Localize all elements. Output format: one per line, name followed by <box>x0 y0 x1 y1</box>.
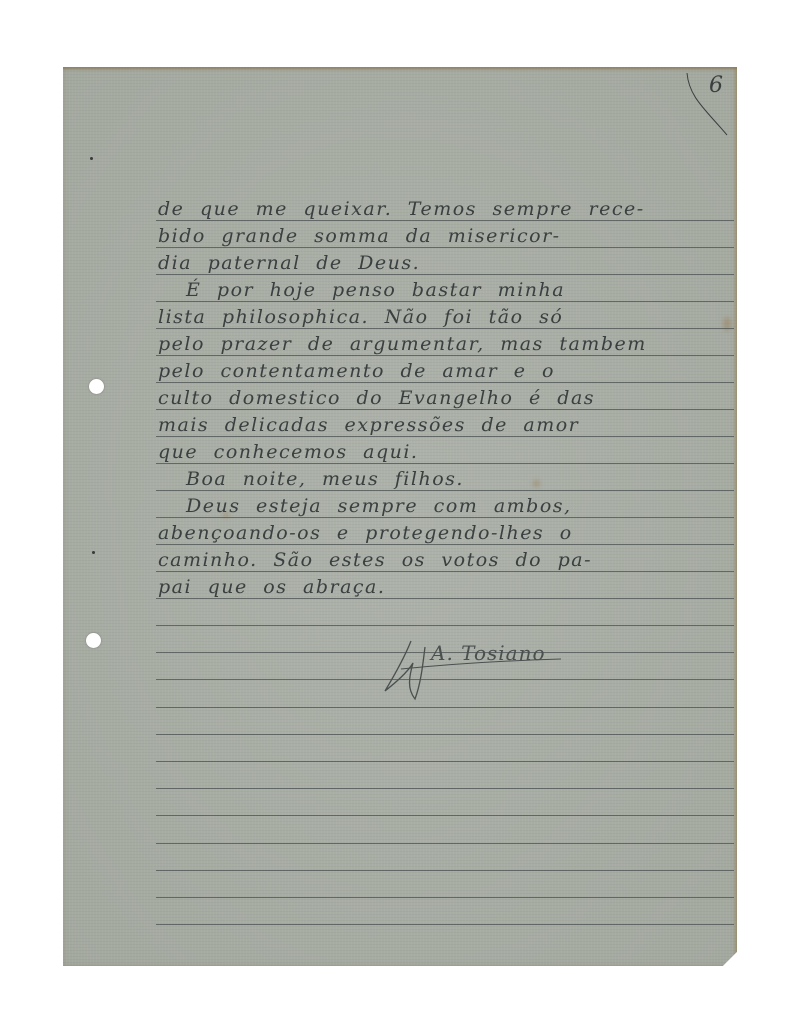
letter-line: É por hoje penso bastar minha <box>158 277 733 303</box>
signature-name: A. Tosiano <box>431 641 546 665</box>
letter-line: de que me queixar. Temos sempre rece- <box>158 196 733 222</box>
rule-line <box>156 924 734 925</box>
punch-hole-top <box>89 379 104 394</box>
letter-line: lista philosophica. Não foi tão só <box>158 304 733 330</box>
letter-line: abençoando-os e protegendo-lhes o <box>158 520 733 546</box>
page-number-bracket <box>683 69 733 139</box>
rule-line <box>156 734 734 735</box>
letter-line: caminho. São estes os votos do pa- <box>158 547 733 573</box>
paper-corner <box>723 952 737 966</box>
paper-top-edge <box>63 67 737 71</box>
rule-line <box>156 761 734 762</box>
ink-dot <box>92 551 95 554</box>
punch-hole-bottom <box>86 633 101 648</box>
ink-dot <box>90 157 93 160</box>
letter-line: bido grande somma da misericor- <box>158 223 733 249</box>
rule-line <box>156 870 734 871</box>
letter-line: dia paternal de Deus. <box>158 250 733 276</box>
page-number: 6 <box>709 73 723 98</box>
letter-line: mais delicadas expressões de amor <box>158 412 733 438</box>
letter-line: culto domestico do Evangelho é das <box>158 385 733 411</box>
signature: A. Tosiano <box>381 633 581 703</box>
letter-line: Boa noite, meus filhos. <box>158 466 733 492</box>
rule-line <box>156 707 734 708</box>
letter-page: 6 de que me queixar. Temos sempre rece- … <box>63 67 737 966</box>
letter-line: pelo prazer de argumentar, mas tambem <box>158 331 733 357</box>
letter-line: pelo contentamento de amar e o <box>158 358 733 384</box>
rule-line <box>156 815 734 816</box>
letter-line: pai que os abraça. <box>158 574 733 600</box>
letter-line: Deus esteja sempre com ambos, <box>158 493 733 519</box>
rule-line <box>156 897 734 898</box>
rule-line <box>156 625 734 626</box>
letter-line: que conhecemos aqui. <box>158 439 733 465</box>
rule-line <box>156 843 734 844</box>
rule-line <box>156 788 734 789</box>
